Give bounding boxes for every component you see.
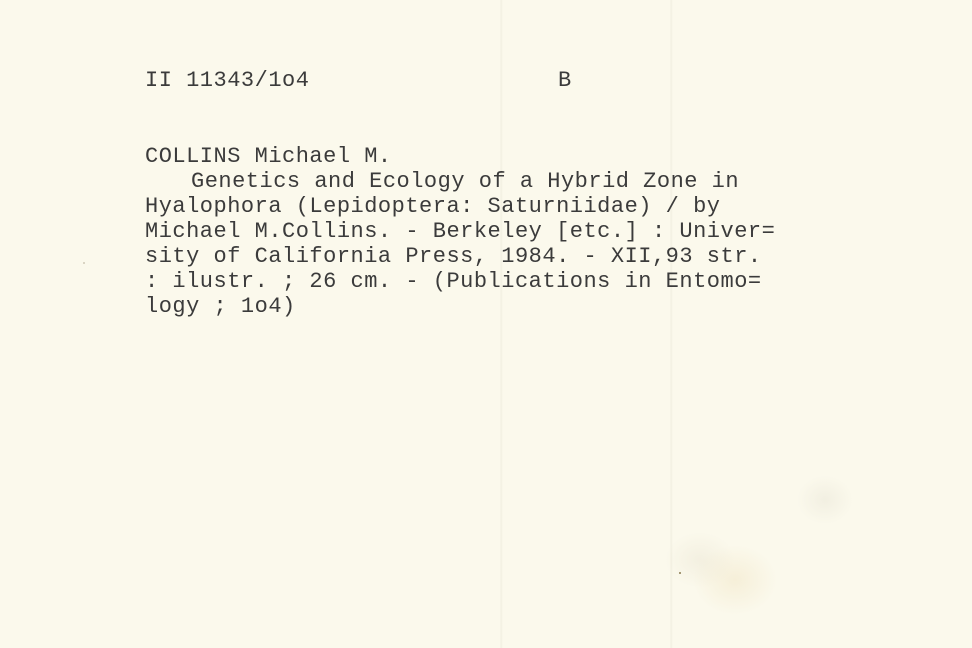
call-number: II 11343/1o4	[145, 68, 309, 93]
catalog-card: II 11343/1o4 B COLLINS Michael M. Geneti…	[0, 0, 972, 648]
entry-line-physical-description: : ilustr. ; 26 cm. - (Publications in En…	[145, 269, 775, 294]
bibliographic-entry: COLLINS Michael M. Genetics and Ecology …	[145, 144, 775, 319]
entry-line-title: Genetics and Ecology of a Hybrid Zone in	[145, 169, 775, 194]
author-heading: COLLINS Michael M.	[145, 144, 775, 169]
entry-line-imprint: Michael M.Collins. - Berkeley [etc.] : U…	[145, 219, 775, 244]
entry-line-series: logy ; 1o4)	[145, 294, 775, 319]
section-mark: B	[558, 68, 572, 93]
paper-speck	[679, 572, 681, 574]
entry-line: Hyalophora (Lepidoptera: Saturniidae) / …	[145, 194, 775, 219]
entry-line-publisher: sity of California Press, 1984. - XII,93…	[145, 244, 775, 269]
paper-speck	[83, 262, 85, 264]
